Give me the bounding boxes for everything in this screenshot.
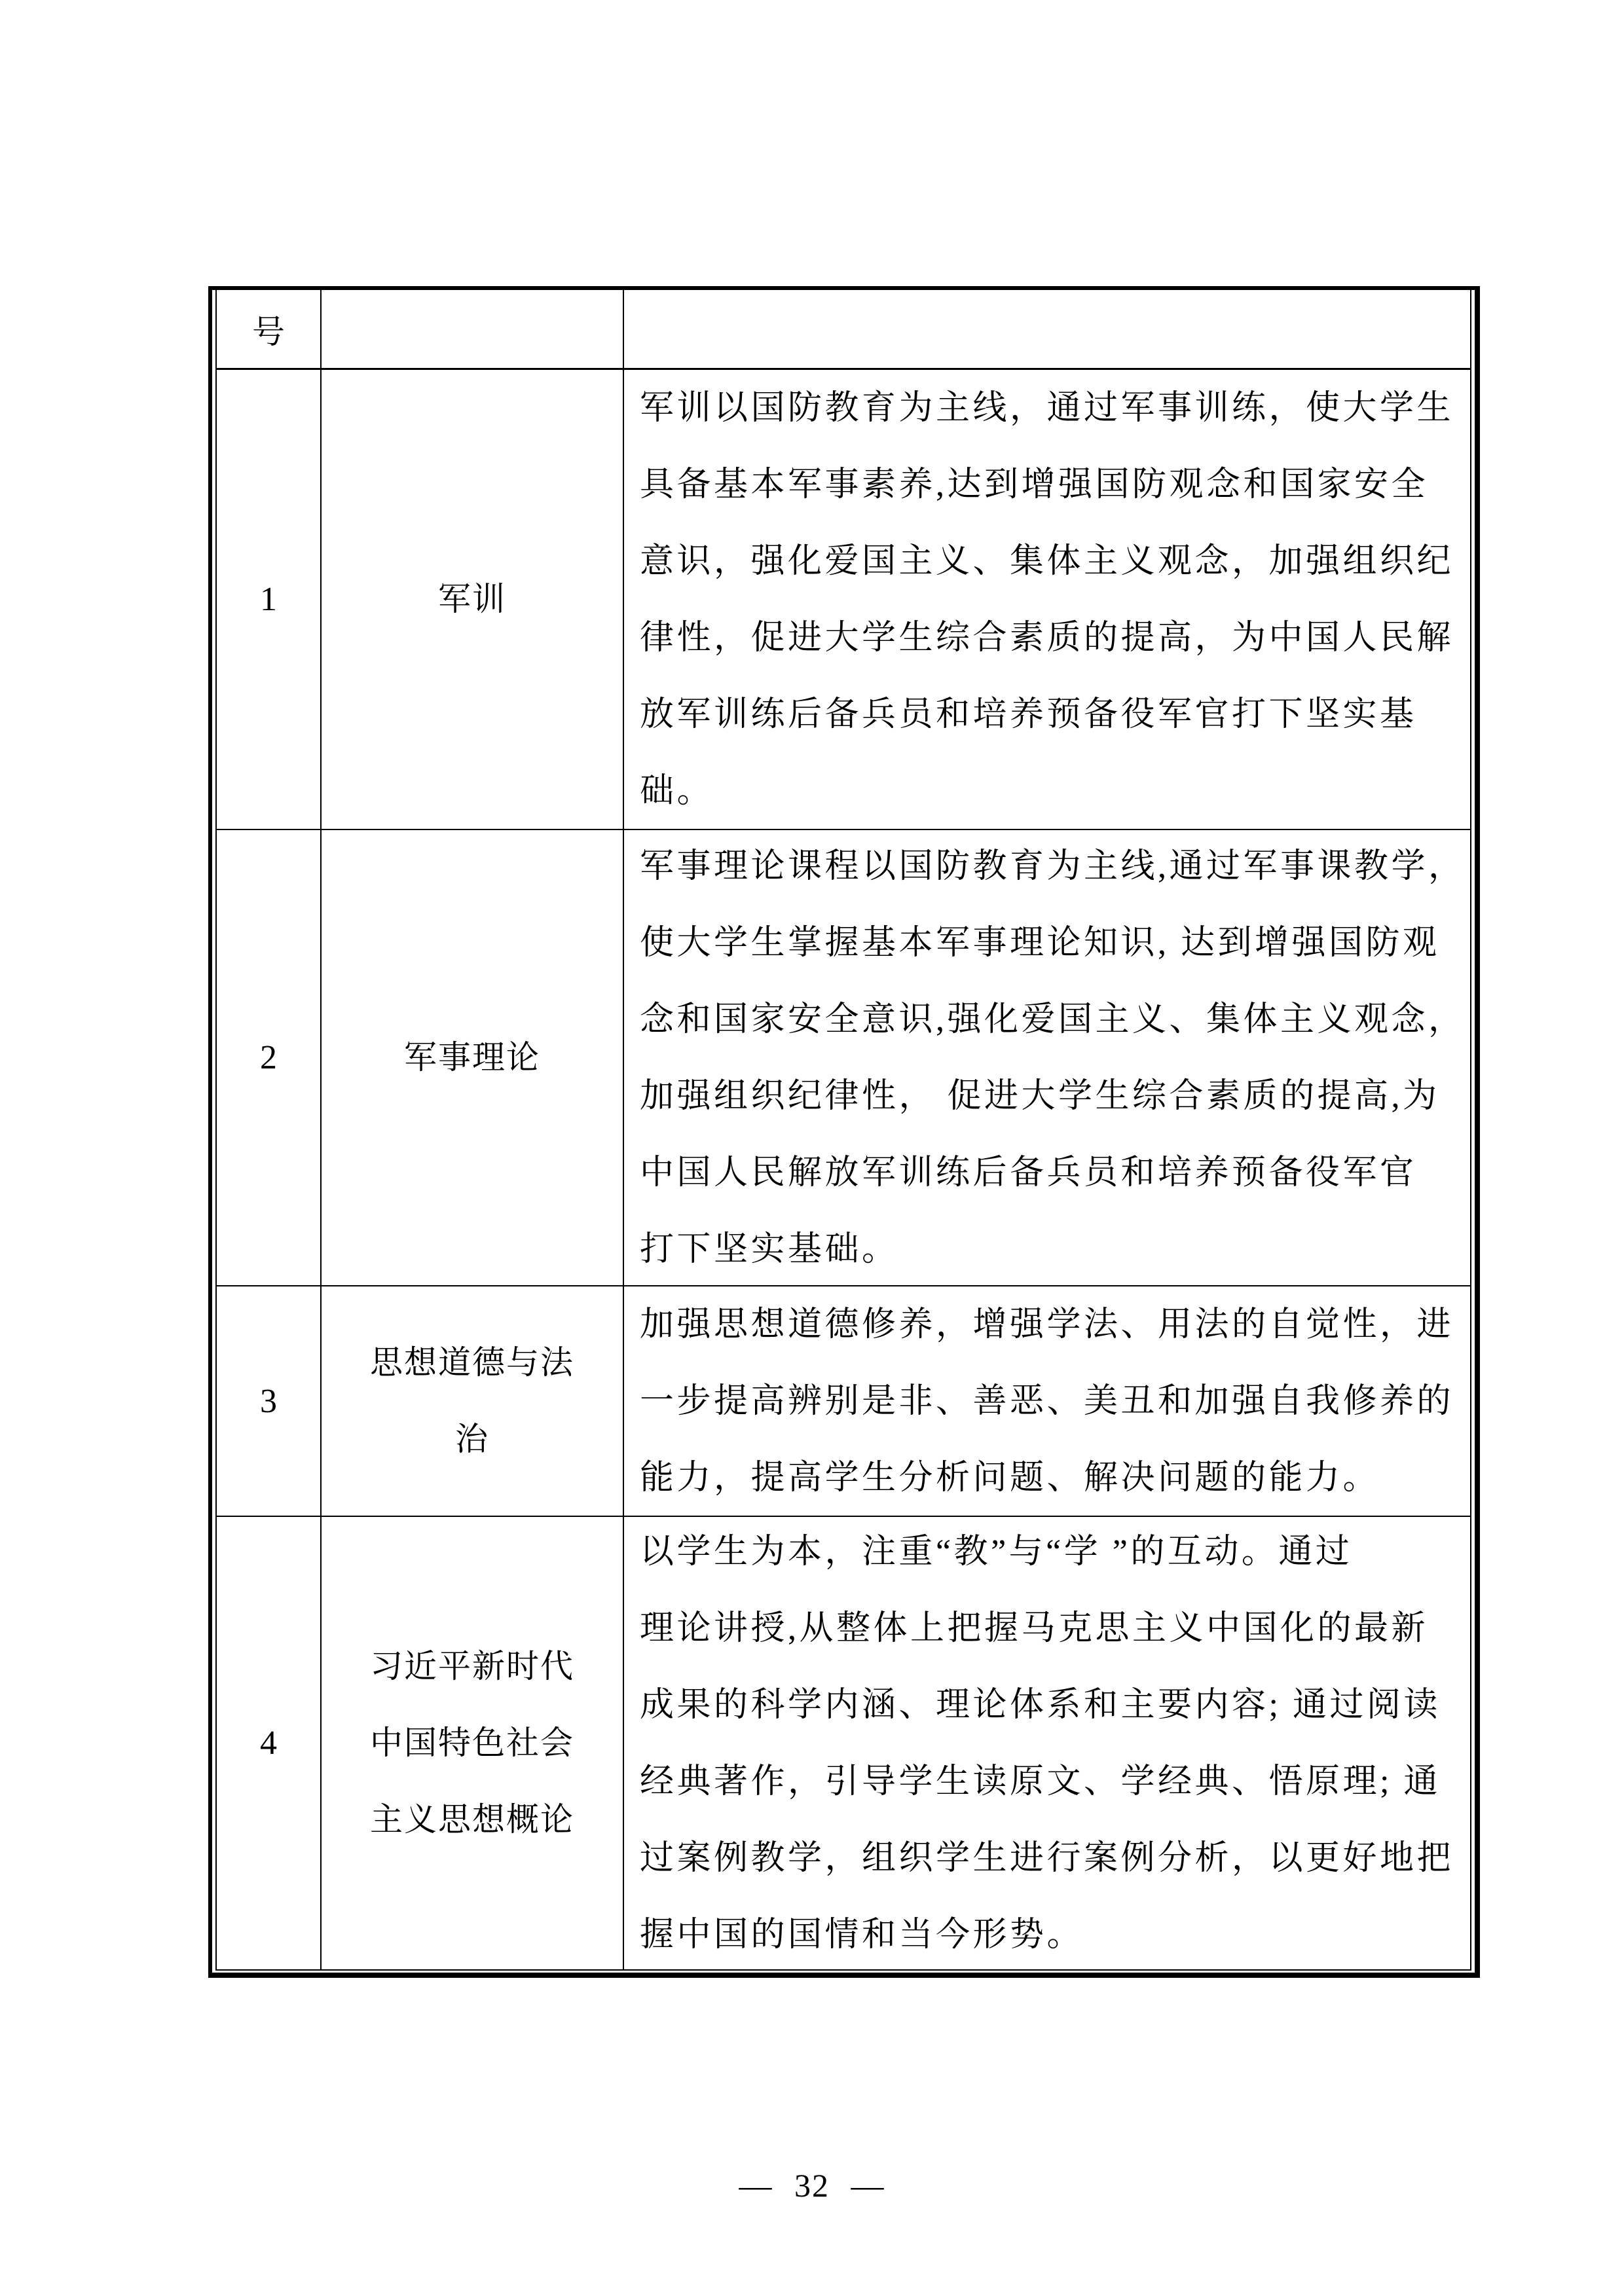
text-line: 军训以国防教育为主线，通过军事训练，使大学生	[640, 370, 1457, 446]
text-line: 以学生为本，注重“教”与“学 ”的互动。通过	[640, 1517, 1457, 1590]
row-number: 2	[217, 830, 320, 1285]
text-line: 加强思想道德修养，增强学法、用法的自觉性，进	[640, 1286, 1457, 1363]
text-line: 念和国家安全意识,强化爱国主义、集体主义观念，	[640, 981, 1457, 1058]
table-row: 1 军训 军训以国防教育为主线，通过军事训练，使大学生具备基本军事素养,达到增强…	[217, 369, 1470, 829]
text-line: 治	[322, 1401, 623, 1478]
text-line: 握中国的国情和当今形势。	[640, 1897, 1457, 1970]
text-line: 习近平新时代	[322, 1628, 623, 1705]
course-description: 以学生为本，注重“教”与“学 ”的互动。通过理论讲授,从整体上把握马克思主义中国…	[624, 1517, 1470, 1969]
document-page: 号 1 军训 军训以国防教育为主线，通过军事训练，使大学生具备基本军事素养,达到…	[0, 0, 1624, 2296]
text-line: 律性，促进大学生综合素质的提高，为中国人民解	[640, 600, 1457, 676]
header-cell-number: 号	[217, 290, 320, 368]
page-number: — 32 —	[0, 2166, 1624, 2205]
text-line: 经典著作，引导学生读原文、学经典、悟原理; 通	[640, 1743, 1457, 1820]
text-line: 思想道德与法	[322, 1324, 623, 1401]
course-name: 军训	[320, 370, 624, 829]
course-name: 军事理论	[320, 830, 624, 1285]
text-line: 放军训练后备兵员和培养预备役军官打下坚实基	[640, 676, 1457, 753]
course-table: 号 1 军训 军训以国防教育为主线，通过军事训练，使大学生具备基本军事素养,达到…	[208, 286, 1480, 1978]
text-line: 使大学生掌握基本军事理论知识, 达到增强国防观	[640, 905, 1457, 981]
header-cell-course-name	[320, 290, 624, 368]
row-number: 3	[217, 1286, 320, 1516]
text-line: 军事理论课程以国防教育为主线,通过军事课教学，	[640, 830, 1457, 905]
row-number: 4	[217, 1517, 320, 1969]
course-description: 加强思想道德修养，增强学法、用法的自觉性，进一步提高辨别是非、善恶、美丑和加强自…	[624, 1286, 1470, 1516]
text-line: 意识，强化爱国主义、集体主义观念，加强组织纪	[640, 523, 1457, 600]
course-name: 思想道德与法治	[320, 1286, 624, 1516]
text-line: 具备基本军事素养,达到增强国防观念和国家安全	[640, 446, 1457, 523]
text-line: 主义思想概论	[322, 1781, 623, 1858]
table-header-row: 号	[217, 290, 1470, 369]
table-row: 3 思想道德与法治 加强思想道德修养，增强学法、用法的自觉性，进一步提高辨别是非…	[217, 1285, 1470, 1516]
text-line: 能力，提高学生分析问题、解决问题的能力。	[640, 1440, 1457, 1516]
row-number: 1	[217, 370, 320, 829]
text-line: 过案例教学，组织学生进行案例分析，以更好地把	[640, 1820, 1457, 1897]
text-line: 一步提高辨别是非、善恶、美丑和加强自我修养的	[640, 1363, 1457, 1440]
text-line: 成果的科学内涵、理论体系和主要内容; 通过阅读	[640, 1667, 1457, 1743]
text-line: 中国人民解放军训练后备兵员和培养预备役军官	[640, 1135, 1457, 1211]
text-line: 础。	[640, 753, 1457, 829]
table-row: 4 习近平新时代中国特色社会主义思想概论 以学生为本，注重“教”与“学 ”的互动…	[217, 1516, 1470, 1969]
header-cell-description	[624, 290, 1470, 368]
course-name: 习近平新时代中国特色社会主义思想概论	[320, 1517, 624, 1969]
text-line: 中国特色社会	[322, 1705, 623, 1781]
course-description: 军事理论课程以国防教育为主线,通过军事课教学，使大学生掌握基本军事理论知识, 达…	[624, 830, 1470, 1285]
table-row: 2 军事理论 军事理论课程以国防教育为主线,通过军事课教学，使大学生掌握基本军事…	[217, 829, 1470, 1285]
text-line: 理论讲授,从整体上把握马克思主义中国化的最新	[640, 1590, 1457, 1667]
text-line: 军训	[322, 561, 623, 638]
text-line: 加强组织纪律性， 促进大学生综合素质的提高,为	[640, 1058, 1457, 1135]
text-line: 军事理论	[322, 1019, 623, 1096]
course-description: 军训以国防教育为主线，通过军事训练，使大学生具备基本军事素养,达到增强国防观念和…	[624, 370, 1470, 829]
text-line: 打下坚实基础。	[640, 1211, 1457, 1286]
course-table-grid: 号 1 军训 军训以国防教育为主线，通过军事训练，使大学生具备基本军事素养,达到…	[215, 290, 1471, 1971]
